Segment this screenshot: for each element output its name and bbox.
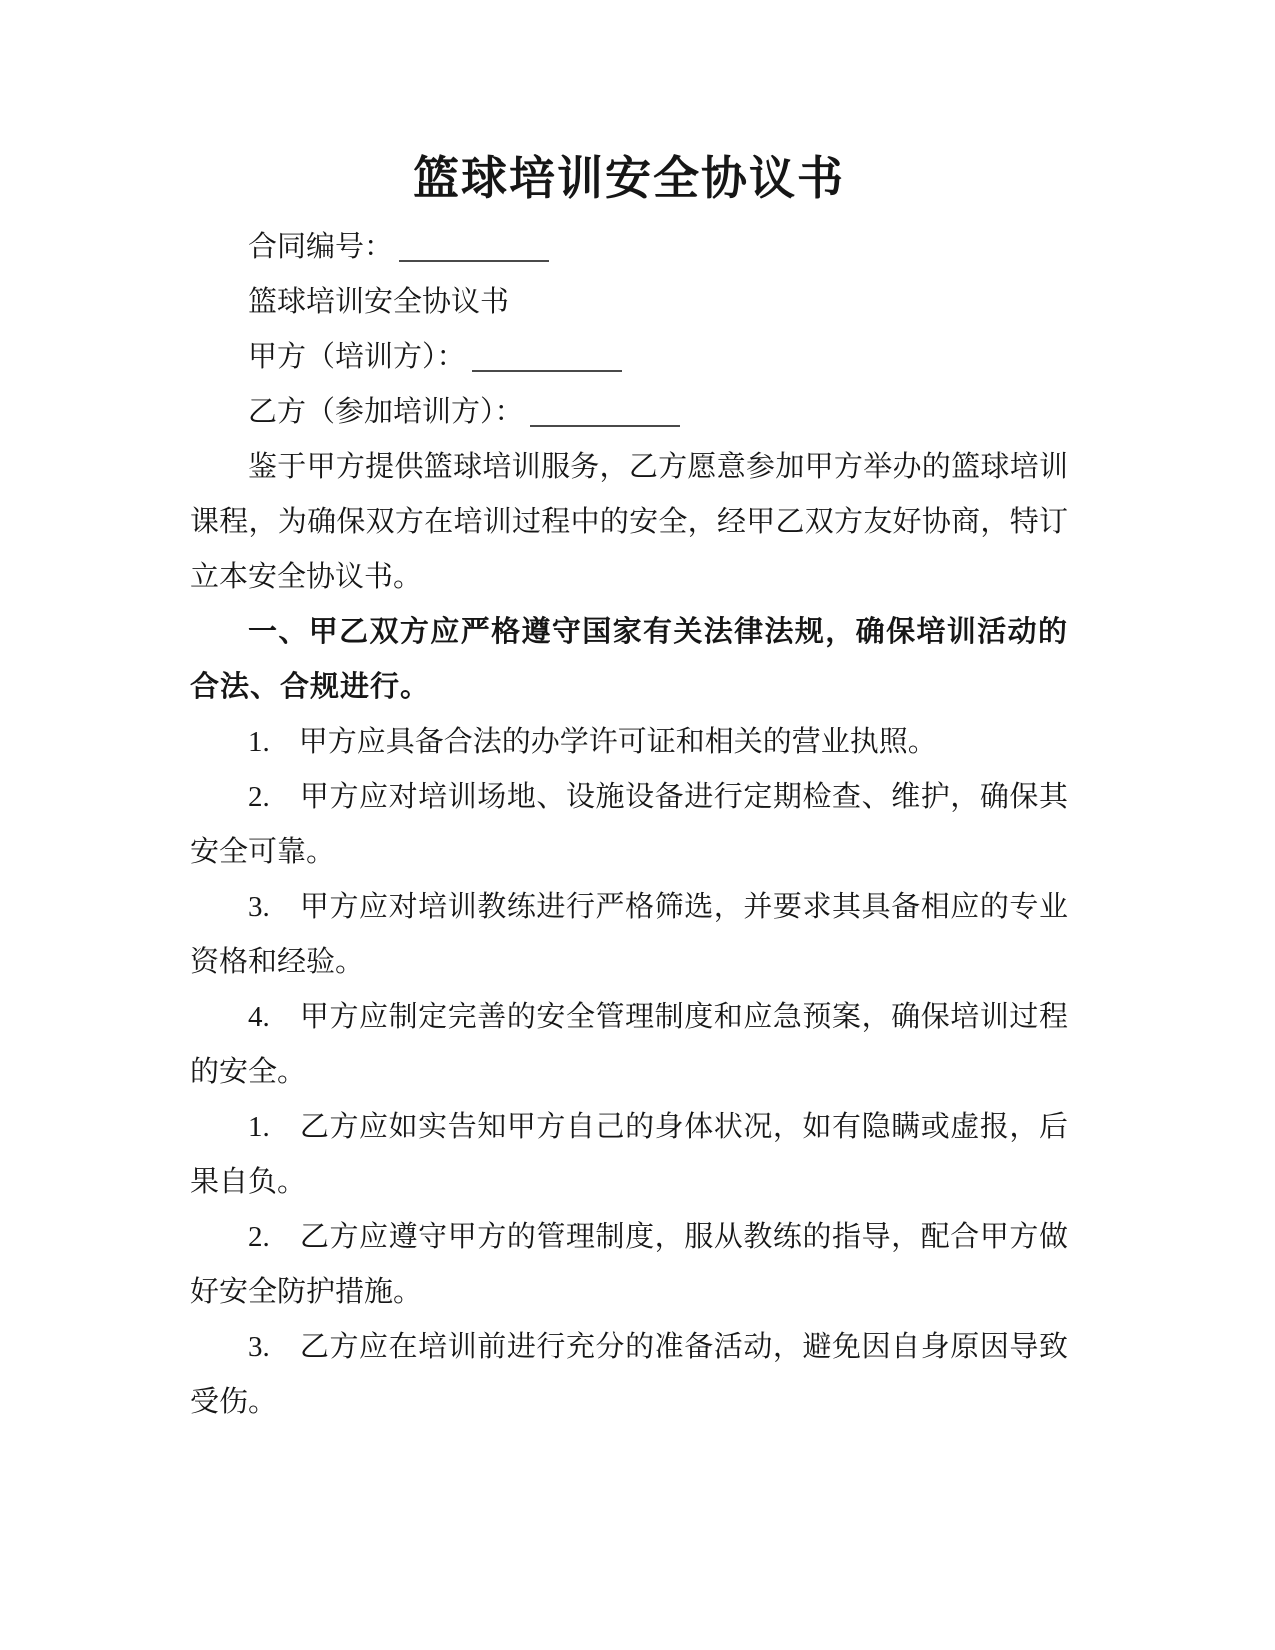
party-b-label: 乙方（参加培训方）： [248,396,524,428]
clause-item-party-b-3: 3. 乙方应在培训前进行充分的准备活动，避免因自身原因导致受伤。 [190,1320,1068,1430]
document-body: 合同编号： 篮球培训安全协议书 甲方（培训方）： 乙方（参加培训方）： 鉴于甲方… [190,220,1068,1430]
clause-item-party-b-2: 2. 乙方应遵守甲方的管理制度，服从教练的指导，配合甲方做好安全防护措施。 [190,1210,1068,1320]
document-subtitle: 篮球培训安全协议书 [190,275,1068,330]
contract-number-blank [399,231,549,262]
page-title: 篮球培训安全协议书 [190,148,1068,210]
contract-number-line: 合同编号： [190,220,1068,275]
clause-item-party-a-4: 4. 甲方应制定完善的安全管理制度和应急预案，确保培训过程的安全。 [190,990,1068,1100]
preamble-paragraph: 鉴于甲方提供篮球培训服务，乙方愿意参加甲方举办的篮球培训课程，为确保双方在培训过… [190,440,1068,605]
contract-number-label: 合同编号： [248,231,393,263]
clause-item-party-b-1: 1. 乙方应如实告知甲方自己的身体状况，如有隐瞒或虚报，后果自负。 [190,1100,1068,1210]
party-a-blank [472,341,622,372]
clause-item-party-a-3: 3. 甲方应对培训教练进行严格筛选，并要求其具备相应的专业资格和经验。 [190,880,1068,990]
party-b-line: 乙方（参加培训方）： [190,385,1068,440]
party-a-label: 甲方（培训方）： [248,341,466,373]
party-b-blank [530,396,680,427]
document-page: 篮球培训安全协议书 合同编号： 篮球培训安全协议书 甲方（培训方）： 乙方（参加… [190,0,1068,1430]
section-1-heading: 一、甲乙双方应严格遵守国家有关法律法规，确保培训活动的合法、合规进行。 [190,605,1068,715]
clause-item-party-a-1: 1. 甲方应具备合法的办学许可证和相关的营业执照。 [190,715,1068,770]
party-a-line: 甲方（培训方）： [190,330,1068,385]
clause-item-party-a-2: 2. 甲方应对培训场地、设施设备进行定期检查、维护，确保其安全可靠。 [190,770,1068,880]
